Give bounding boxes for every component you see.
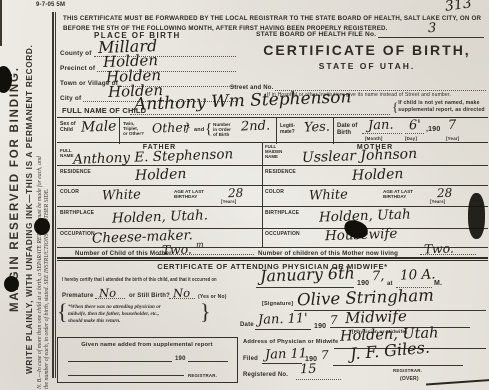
certificate-title: CERTIFICATE OF BIRTH, [248, 42, 486, 58]
ink-blot [4, 276, 19, 292]
midwife-date-year-printed: 190 [314, 323, 326, 330]
ink-smudge [468, 193, 485, 239]
mother-name-value: Usslear Johnson [302, 146, 418, 166]
legitimate-value: Yes. [304, 120, 330, 136]
scan-edge-mark [0, 0, 2, 46]
stillbirth-label: or Still Birth? [129, 293, 170, 299]
mother-birthplace-value: Holden, Utah [319, 206, 411, 225]
order-value: 2nd. [241, 118, 271, 134]
father-birthplace-value: Holden, Utah. [112, 207, 208, 226]
dob-year-unit: [Year] [446, 136, 459, 141]
mother-name-label-line3: NAME [265, 155, 282, 160]
dob-label-line2: Birth [337, 130, 357, 137]
child-number-rule [158, 245, 254, 255]
dob-day-rule [405, 122, 424, 134]
field-file-no: STATE BOARD OF HEALTH FILE No. [256, 28, 484, 38]
section-divider-rule [57, 257, 488, 261]
supplemental-report-box: Given name added from supplemental repor… [57, 337, 238, 383]
dob-label: Date of Birth [337, 123, 357, 136]
occurred-meridiem-label: M. [434, 280, 442, 287]
twin-brace: } [184, 121, 191, 134]
mother-occupation-label: OCCUPATION [265, 231, 300, 237]
certificate-subtitle: STATE OF UTAH. [248, 61, 486, 71]
sex-value: Male [81, 118, 117, 135]
no-attending-note-line2: midwife, then the father, householder, e… [68, 311, 200, 318]
child-name-note: { If child is not yet named, make supple… [392, 100, 488, 114]
mother-residence-label: RESIDENCE [265, 169, 296, 175]
dob-year-printed: ,190 [426, 126, 440, 133]
print-code: 9-7-05 5M [36, 2, 65, 8]
dob-month-unit: [Month] [365, 136, 383, 141]
mother-age-unit: [Years] [430, 199, 445, 204]
parents-section: FULL NAME FATHER Anthony E. Stephenson F… [57, 143, 488, 247]
mother-age-label: AGE AT LAST BIRTHDAY [383, 189, 413, 199]
registrar-label: REGISTRAR. [393, 368, 422, 373]
midwife-date-rule [255, 320, 311, 330]
signature-label: [Signature] [262, 301, 293, 307]
mother-residence-value: Holden [352, 166, 404, 184]
legitimate-label-line2: mate? [280, 130, 295, 136]
child-name-note-line1: If child is not yet named, make [398, 100, 485, 107]
certify-statement: I hereby certify that I attended the bir… [62, 277, 217, 283]
mother-age-label-line2: BIRTHDAY [383, 194, 413, 199]
dob-day-unit: [Day] [405, 136, 417, 141]
birth-certificate-scan: MARGIN RESERVED FOR BINDING. WRITE PLAIN… [0, 0, 489, 390]
children-living-rule [420, 245, 476, 255]
twin-label-line3: or Other? [123, 131, 144, 136]
mother-color-value: White [309, 187, 348, 203]
mother-birthplace-label: BIRTHPLACE [265, 210, 299, 216]
midwife-date-label: Date [240, 322, 254, 328]
sex-label: Sex of Child [60, 122, 76, 134]
registrar-signature-rule [333, 356, 463, 366]
father-age-label-line2: BIRTHDAY [174, 194, 204, 199]
father-age-unit: [Years] [221, 199, 236, 204]
county-label: County of [60, 50, 92, 57]
twin-label: Twin, Triplet, or Other? [123, 121, 144, 136]
occurred-date-rule [256, 278, 354, 288]
precinct-label: Precinct of [60, 65, 95, 72]
supplemental-text: Given name added from supplemental repor… [58, 342, 236, 348]
child-name-note-text: If child is not yet named, make suppleme… [398, 100, 485, 114]
brace-glyph: } [200, 301, 211, 323]
page-number: 313 [444, 0, 473, 15]
father-residence-label: RESIDENCE [60, 169, 91, 175]
registered-no-rule [296, 370, 341, 380]
dob-month-rule [362, 122, 402, 134]
filed-date-rule [262, 354, 302, 364]
father-color-label: COLOR [60, 189, 79, 195]
cell-divider [119, 118, 120, 144]
occurred-year-printed: 190 [357, 280, 369, 287]
children-living-label: Number of children of this Mother now li… [258, 250, 398, 257]
supplemental-rule [68, 366, 184, 376]
and-label: and [194, 127, 204, 133]
father-occupation-label: OCCUPATION [60, 231, 95, 237]
sex-label-line2: Child [60, 128, 76, 134]
filed-year-value: 7 [321, 348, 329, 362]
margin-note-nb-line1: N. B.—In case of more than one child at … [37, 156, 43, 389]
file-no-label: STATE BOARD OF HEALTH FILE No. [256, 31, 376, 38]
over-label: (OVER) [400, 376, 419, 382]
supplemental-rule [68, 352, 172, 362]
father-birthplace-label: BIRTHPLACE [60, 210, 94, 216]
no-attending-note-line1: *When there was no attending physician o… [68, 304, 200, 311]
city-label: City of [60, 95, 81, 102]
supplemental-registrar-label: REGISTRAR. [188, 373, 217, 378]
dob-year-value: 7 [448, 118, 457, 133]
midwife-date-year-value: 7 [330, 313, 338, 327]
father-name-label-line2: NAME [60, 153, 74, 158]
father-color-value: White [102, 187, 141, 203]
father-age-label: AGE AT LAST BIRTHDAY [174, 189, 204, 199]
father-residence-value: Holden [135, 166, 187, 184]
occurred-year-value: 7, [372, 269, 385, 284]
scan-edge-mark [426, 378, 489, 385]
registered-no-label: Registered No. [243, 372, 288, 378]
file-no-value: 3 [428, 21, 437, 36]
legitimate-label: Legiti- mate? [280, 124, 295, 135]
order-label-line3: of Birth [213, 132, 231, 137]
child-name-note-line2: supplemental report, as directed [398, 107, 485, 114]
brace-glyph: { [57, 301, 68, 323]
premature-rule [95, 290, 125, 299]
cell-divider [333, 118, 334, 144]
mother-color-label: COLOR [265, 189, 284, 195]
parents-center-divider [262, 143, 263, 247]
dob-label-line1: Date of [337, 123, 357, 130]
filed-label: Filed [243, 356, 258, 362]
brace-glyph: { [205, 122, 212, 137]
supplemental-year-printed: 190 [175, 356, 186, 362]
stillbirth-rule [169, 290, 195, 299]
margin-note-write-plainly: WRITE PLAINLY, WITH UNFADING INK—THIS IS… [25, 45, 34, 374]
row-rule [57, 206, 488, 207]
cell-divider [276, 118, 277, 144]
margin-divider-rule [52, 12, 56, 378]
no-attending-note: *When there was no attending physician o… [68, 304, 200, 325]
ink-blot [34, 218, 50, 235]
sex-date-row: Sex of Child Male Twin, Triplet, or Othe… [57, 117, 488, 143]
row-rule [57, 185, 488, 186]
supplemental-rule [188, 352, 228, 362]
order-label: Number in Order of Birth [213, 122, 231, 137]
address-label: Address of Physician or Midwife [243, 339, 338, 345]
no-attending-note-line3: should make this return. [68, 318, 200, 325]
